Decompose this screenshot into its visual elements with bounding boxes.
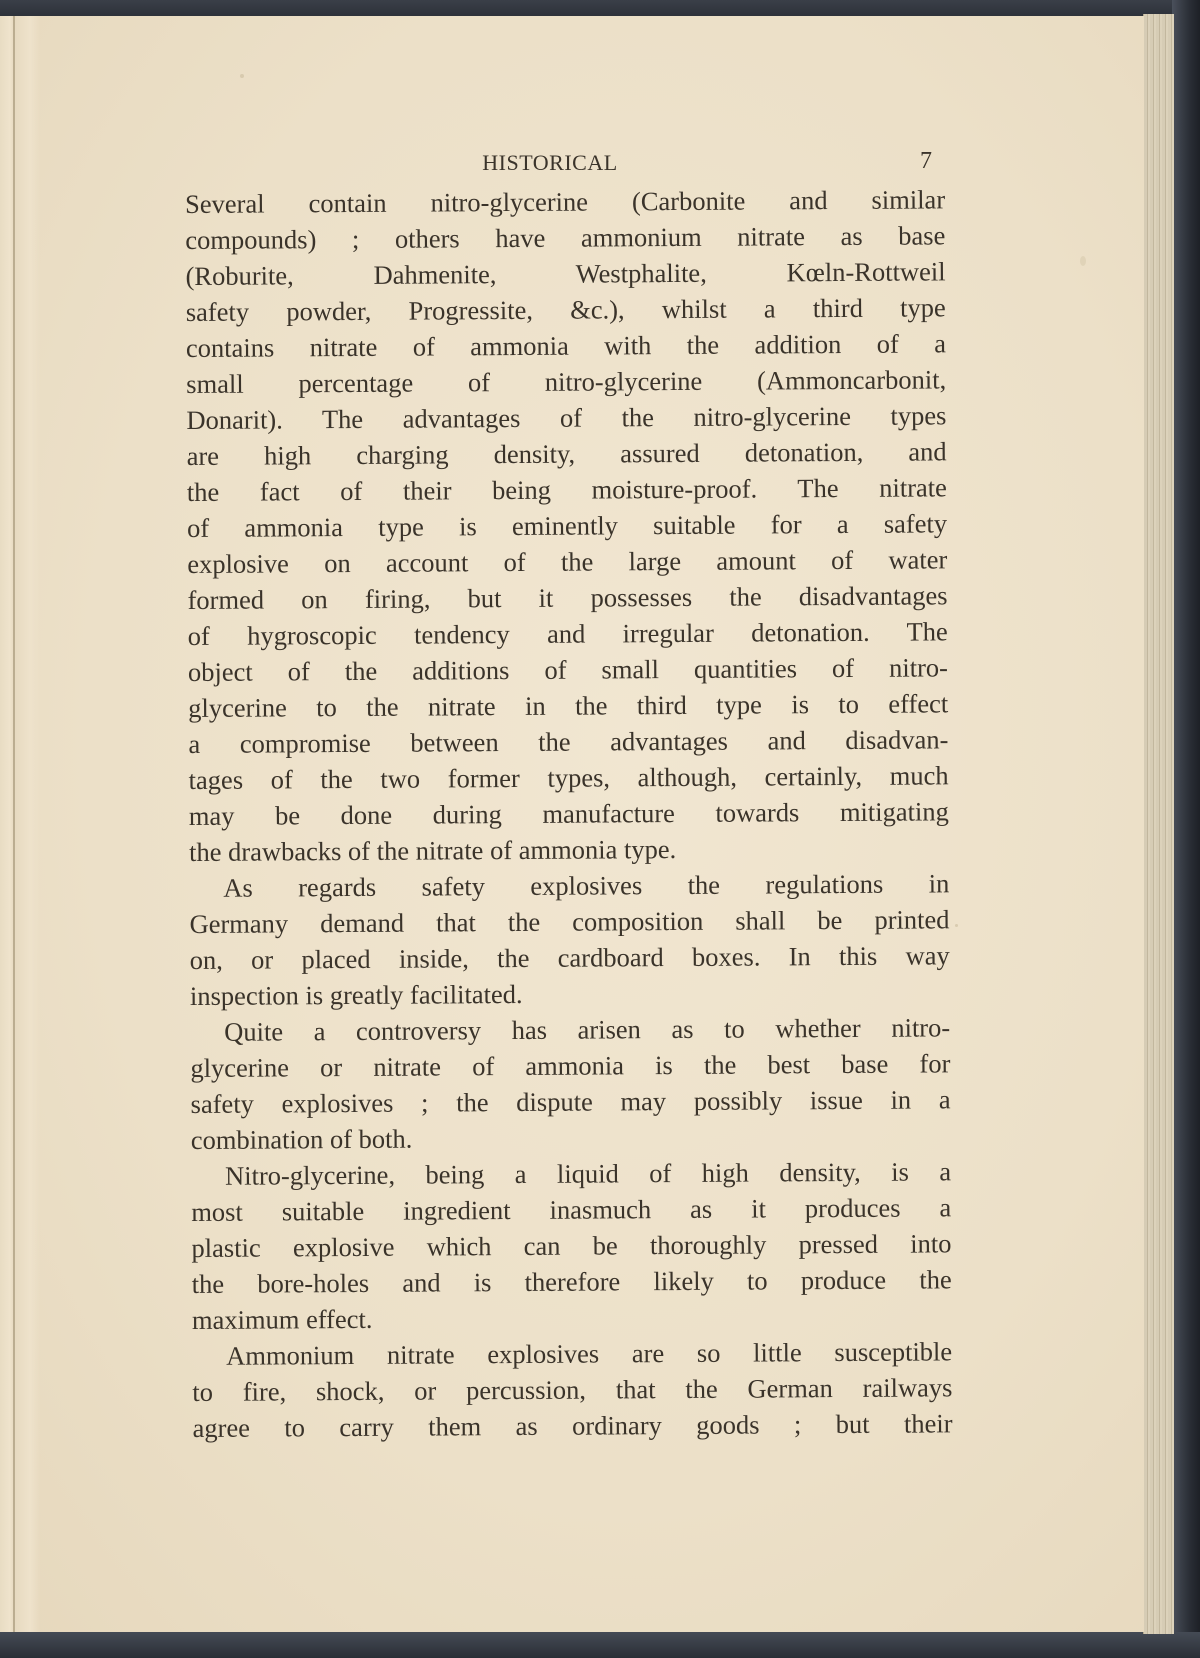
running-header: HISTORICAL 7: [170, 140, 930, 180]
book-cover-right-edge: [1172, 0, 1200, 1658]
text-line: Germany demand that the composition shal…: [189, 901, 949, 942]
text-line: glycerine to the nitrate in the third ty…: [188, 685, 948, 726]
text-line: Donarit). The advantages of the nitro-gl…: [186, 397, 946, 438]
text-line: tages of the two former types, although,…: [189, 757, 949, 798]
text-line: glycerine or nitrate of ammonia is the b…: [190, 1045, 950, 1086]
text-line: contains nitrate of ammonia with the add…: [186, 325, 946, 366]
paper-speck: [955, 924, 958, 927]
text-line: Several contain nitro-glycerine (Carboni…: [185, 181, 945, 222]
page-number: 7: [920, 148, 932, 175]
paragraph: Quite a controversy has arisen as to whe…: [190, 1009, 951, 1158]
paper-stain: [1080, 256, 1086, 266]
text-line: most suitable ingredient inasmuch as it …: [191, 1189, 951, 1230]
text-line: may be done during manufacture towards m…: [189, 793, 949, 834]
text-line: safety explosives ; the dispute may poss…: [190, 1081, 950, 1122]
paragraph: Several contain nitro-glycerine (Carboni…: [185, 181, 949, 870]
text-line: the drawbacks of the nitrate of ammonia …: [189, 829, 949, 870]
text-line: of hygroscopic tendency and irregular de…: [188, 613, 948, 654]
body-text: Several contain nitro-glycerine (Carboni…: [185, 181, 953, 1446]
text-line: (Roburite, Dahmenite, Westphalite, Kœln-…: [185, 253, 945, 294]
text-line: a compromise between the advantages and …: [188, 721, 948, 762]
text-line: inspection is greatly facilitated.: [190, 973, 950, 1014]
text-line: the fact of their being moisture-proof. …: [187, 469, 947, 510]
page-block-edges: [1143, 14, 1174, 1634]
text-line: explosive on account of the large amount…: [187, 541, 947, 582]
page-gutter: [0, 16, 40, 1632]
running-head-title: HISTORICAL: [170, 150, 930, 176]
text-line: Quite a controversy has arisen as to whe…: [190, 1009, 950, 1050]
text-line: safety powder, Progressite, &c.), whilst…: [186, 289, 946, 330]
text-line: the bore-holes and is therefore likely t…: [192, 1261, 952, 1302]
paper-speck: [240, 74, 244, 78]
text-line: compounds) ; others have ammonium nitrat…: [185, 217, 945, 258]
text-line: Ammonium nitrate explosives are so littl…: [192, 1333, 952, 1374]
gutter-fold-line: [13, 16, 15, 1632]
text-line: to fire, shock, or percussion, that the …: [192, 1369, 952, 1410]
text-line: plastic explosive which can be thoroughl…: [191, 1225, 951, 1266]
text-line: Nitro-glycerine, being a liquid of high …: [191, 1153, 951, 1194]
paragraph: Nitro-glycerine, being a liquid of high …: [191, 1153, 952, 1338]
text-line: object of the additions of small quantit…: [188, 649, 948, 690]
text-line: agree to carry them as ordinary goods ; …: [192, 1405, 952, 1446]
text-line: As regards safety explosives the regulat…: [189, 865, 949, 906]
text-line: formed on firing, but it possesses the d…: [187, 577, 947, 618]
paragraph: As regards safety explosives the regulat…: [189, 865, 950, 1014]
text-line: are high charging density, assured deton…: [187, 433, 947, 474]
text-line: of ammonia type is eminently suitable fo…: [187, 505, 947, 546]
text-line: combination of both.: [191, 1117, 951, 1158]
paragraph: Ammonium nitrate explosives are so littl…: [192, 1333, 953, 1446]
book-cover-bottom-edge: [0, 1632, 1200, 1658]
text-line: small percentage of nitro-glycerine (Amm…: [186, 361, 946, 402]
text-line: maximum effect.: [192, 1297, 952, 1338]
text-line: on, or placed inside, the cardboard boxe…: [190, 937, 950, 978]
